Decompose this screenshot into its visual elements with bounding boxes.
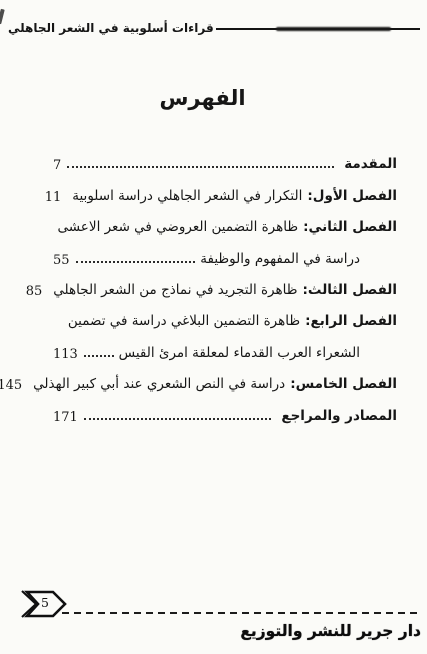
page-number-banner: 5 xyxy=(19,589,67,619)
toc-row-references: المصادر والمراجع 171 xyxy=(53,397,397,428)
toc-page-number: 85 xyxy=(26,284,43,299)
dot-leader xyxy=(67,166,334,168)
dot-leader xyxy=(76,261,196,263)
page-title: الفهرس xyxy=(0,86,416,110)
toc-row-chapter-3: الفصل الثالث: ظاهرة التجريد في نماذج من … xyxy=(53,272,397,303)
toc-page-number: 7 xyxy=(53,158,61,173)
toc-page-number: 145 xyxy=(0,378,22,393)
toc-entry-label: الفصل الرابع: xyxy=(305,313,397,329)
toc-entry-text: ظاهرة التضمين العروضي في شعر الاعشى xyxy=(58,219,299,235)
running-head-title: قراءات أسلوبية في الشعر الجاهلي xyxy=(8,21,216,35)
scan-edge-artifact xyxy=(0,9,5,25)
footer-dashed-rule xyxy=(62,612,422,614)
toc-entry-label: الفصل الخامس: xyxy=(290,376,397,392)
toc-entry-text: دراسة في النص الشعري عند أبي كبير الهذلي xyxy=(33,376,285,392)
toc-row-chapter-1: الفصل الأول: التكرار في الشعر الجاهلي در… xyxy=(53,177,397,208)
toc-entry-text: ظاهرة التجريد في نماذج من الشعر الجاهلي xyxy=(53,282,297,298)
page-number: 5 xyxy=(38,595,52,610)
toc-row-chapter-2-subtitle: دراسة في المفهوم والوظيفة 55 xyxy=(53,240,397,271)
toc-entry-label: المقدمة xyxy=(344,156,397,172)
toc-entry-label: الفصل الثاني: xyxy=(303,219,397,235)
toc-entry-label: الفصل الأول: xyxy=(307,188,397,204)
toc-page-number: 113 xyxy=(53,347,78,362)
dot-leader xyxy=(84,355,114,357)
toc-row-chapter-4-subtitle: الشعراء العرب القدماء لمعلقة امرئ القيس … xyxy=(53,334,397,365)
table-of-contents: المقدمة 7 الفصل الأول: التكرار في الشعر … xyxy=(53,146,397,429)
running-head: قراءات أسلوبية في الشعر الجاهلي xyxy=(8,22,420,36)
publisher-mark: دار جرير للنشر والتوزيع xyxy=(240,622,421,640)
book-page: { "header": { "running_title": "قراءات أ… xyxy=(0,0,427,654)
toc-row-chapter-4: الفصل الرابع: ظاهرة التضمين البلاغي دراس… xyxy=(53,303,397,334)
toc-entry-label: الفصل الثالث: xyxy=(303,282,398,298)
toc-page-number: 55 xyxy=(53,253,70,268)
toc-row-chapter-2: الفصل الثاني: ظاهرة التضمين العروضي في ش… xyxy=(53,209,397,240)
running-head-rule xyxy=(216,28,420,30)
running-head-rule-thick-segment xyxy=(276,27,391,31)
toc-entry-text: الشعراء العرب القدماء لمعلقة امرئ القيس xyxy=(119,345,360,361)
toc-entry-label: المصادر والمراجع xyxy=(281,408,397,424)
toc-entry-text: دراسة في المفهوم والوظيفة xyxy=(200,251,360,267)
toc-page-number: 171 xyxy=(53,410,78,425)
toc-row-chapter-5: الفصل الخامس: دراسة في النص الشعري عند أ… xyxy=(53,366,397,397)
toc-page-number: 11 xyxy=(45,190,62,205)
toc-entry-text: ظاهرة التضمين البلاغي دراسة في تضمين xyxy=(68,313,300,329)
toc-row-introduction: المقدمة 7 xyxy=(53,146,397,177)
dot-leader xyxy=(84,418,272,420)
toc-entry-text: التكرار في الشعر الجاهلي دراسة اسلوبية xyxy=(72,188,302,204)
